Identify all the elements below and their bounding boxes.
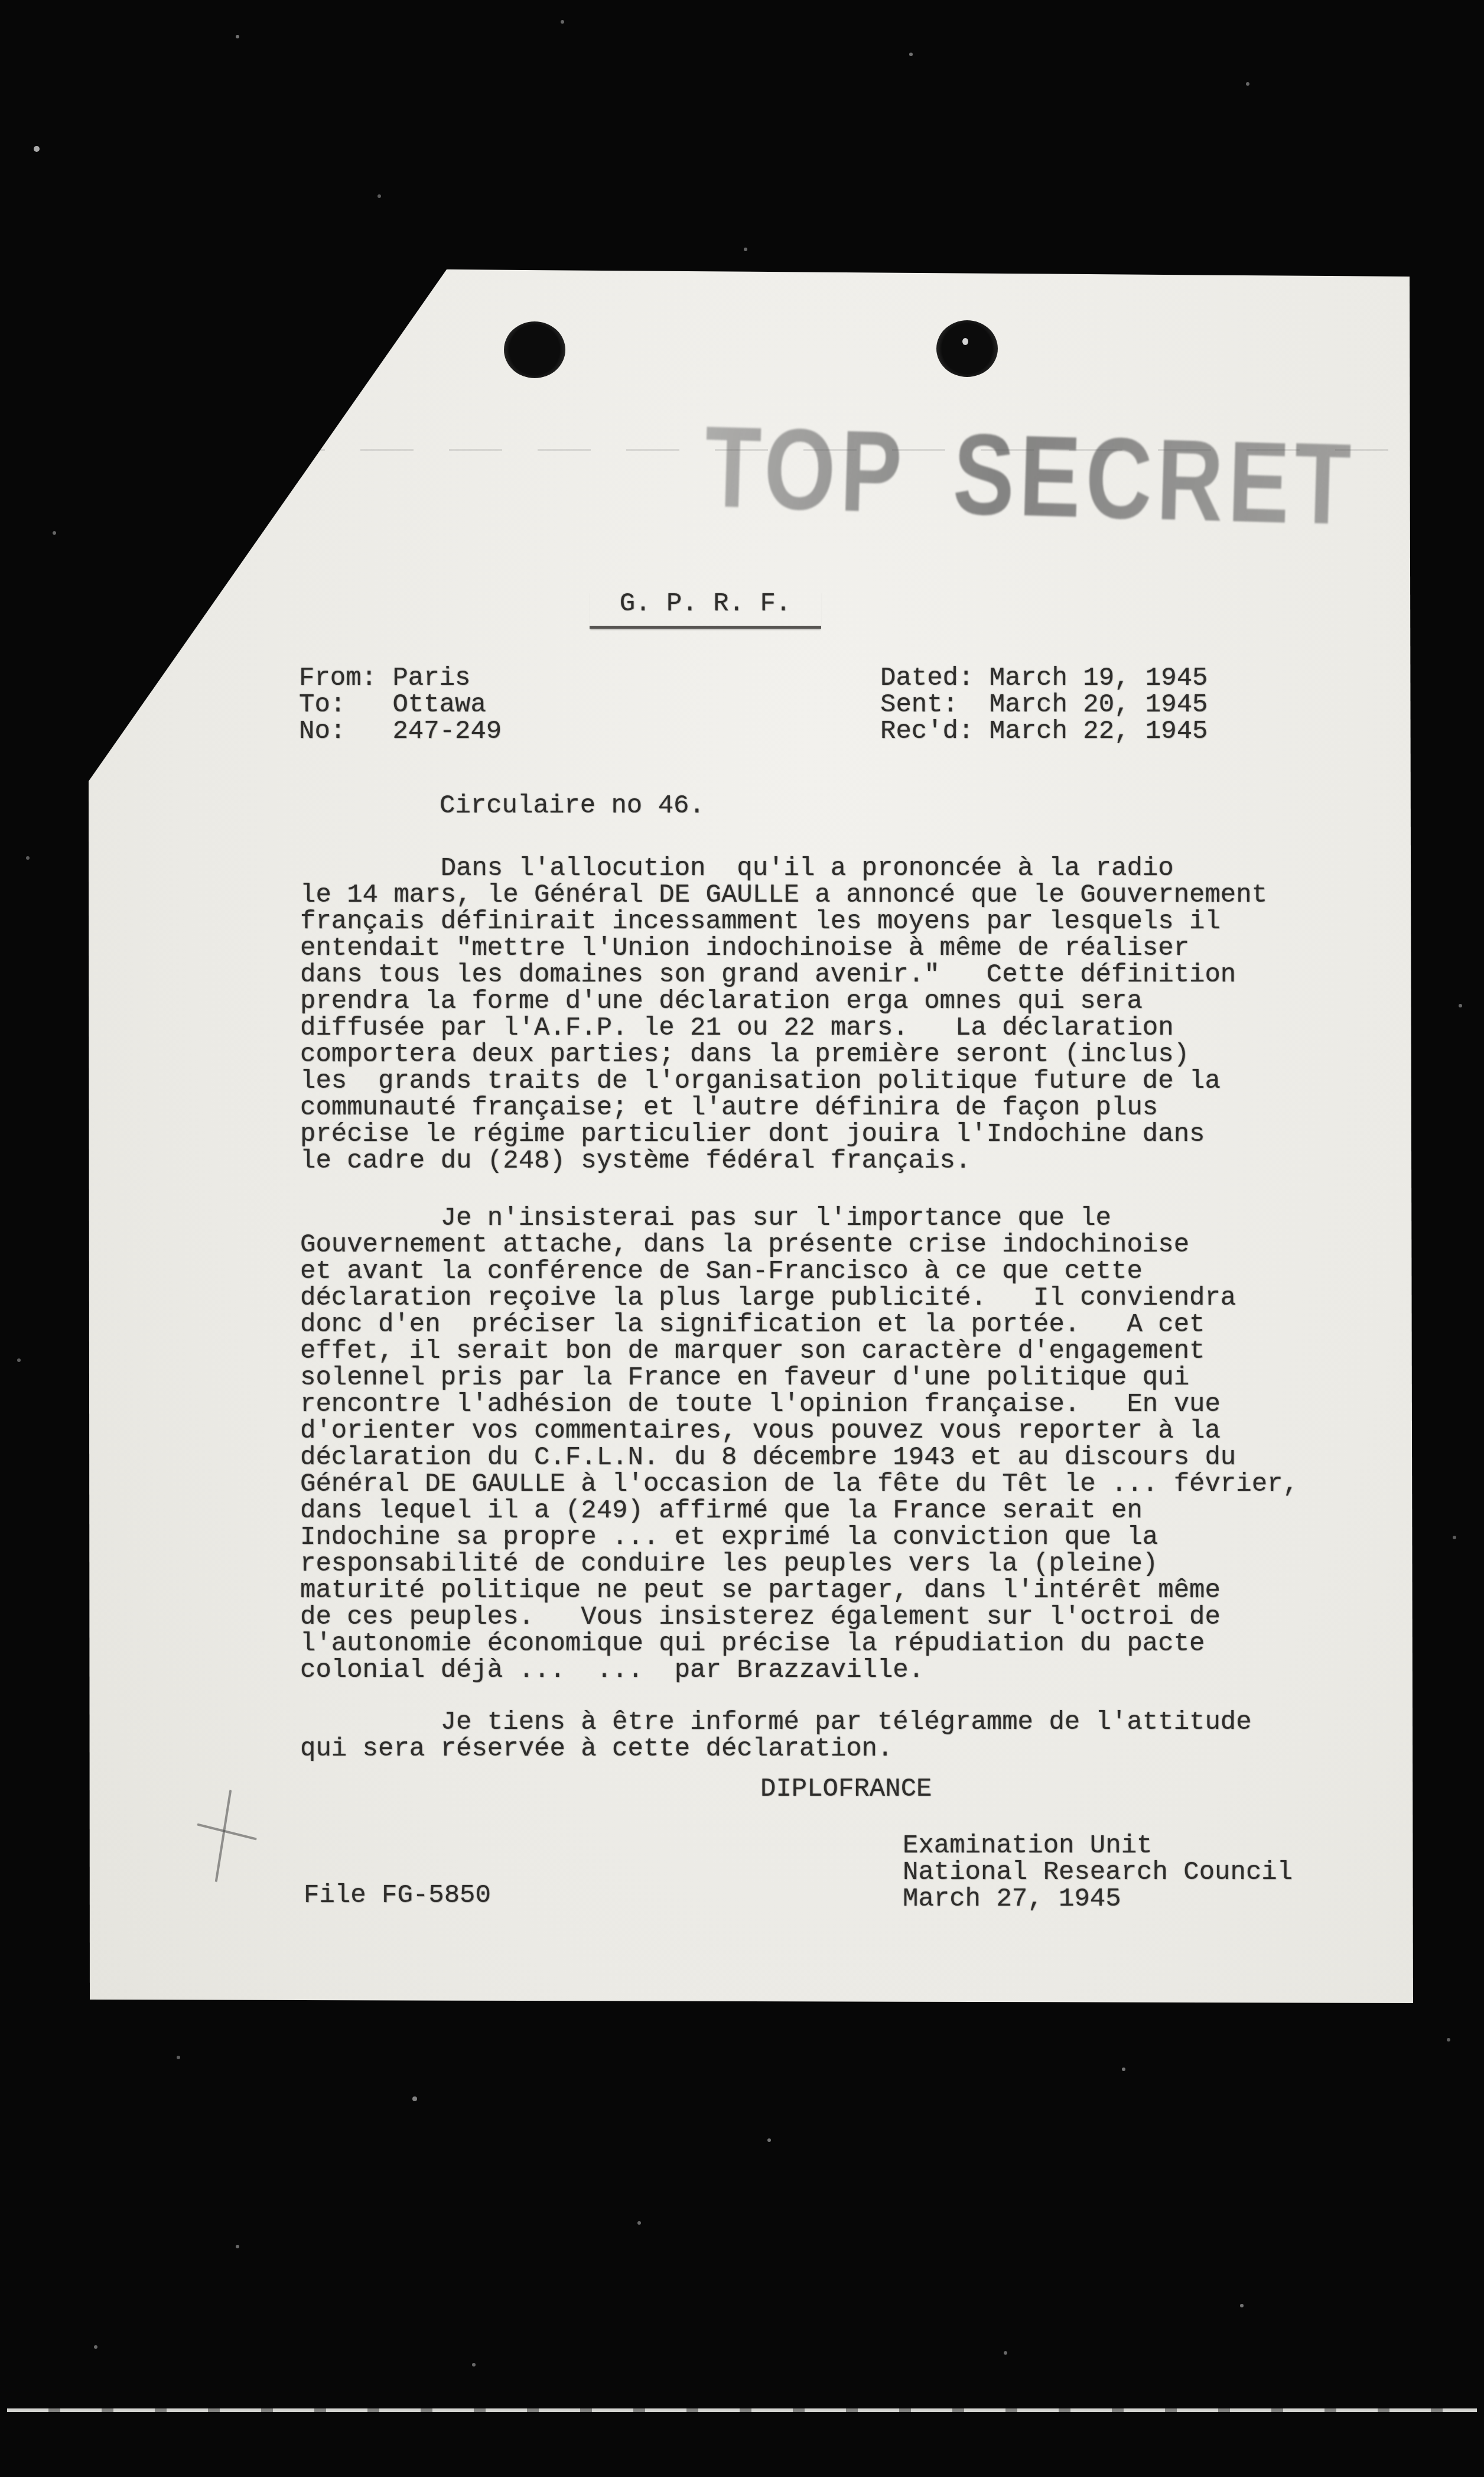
dust-specks xyxy=(0,0,2,2)
paragraph-2: Je n'insisterai pas sur l'importance que… xyxy=(300,1205,1298,1684)
punch-hole-left xyxy=(504,321,565,378)
subject-line: Circulaire no 46. xyxy=(440,793,705,820)
signoff-diplofrance: DIPLOFRANCE xyxy=(760,1776,932,1803)
examination-unit-block: Examination Unit National Research Counc… xyxy=(903,1833,1293,1913)
meta-from-to-no: From: Paris To: Ottawa No: 247-249 xyxy=(299,665,502,745)
scanned-telegram-page: { "colors": { "scan_background": "#07070… xyxy=(0,0,1484,2477)
org-heading: G. P. R. F. xyxy=(590,591,821,629)
meta-dates: Dated: March 19, 1945 Sent: March 20, 19… xyxy=(880,665,1208,745)
top-secret-stamp: TOP SECRET xyxy=(703,401,1357,551)
paragraph-1: Dans l'allocution qu'il a prononcée à la… xyxy=(300,856,1267,1175)
scan-artifact-bottom-line xyxy=(7,2408,1477,2412)
file-reference: File FG-5850 xyxy=(304,1883,491,1909)
punch-hole-right xyxy=(936,320,998,377)
punch-hole-glint xyxy=(962,338,968,345)
paragraph-3: Je tiens à être informé par télégramme d… xyxy=(300,1709,1252,1763)
